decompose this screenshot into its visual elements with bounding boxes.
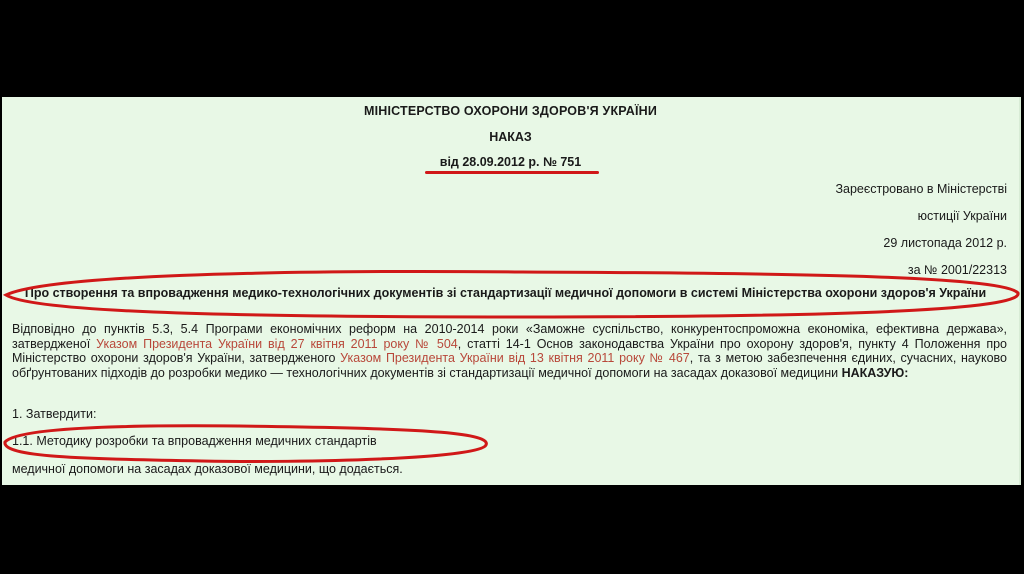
item-1: 1. Затвердити: [12, 407, 96, 421]
order-subject: Про створення та впровадження медико-тех… [2, 287, 1019, 299]
slide: МІНІСТЕРСТВО ОХОРОНИ ЗДОРОВ'Я УКРАЇНИ НА… [0, 0, 1024, 574]
order-date: від 28.09.2012 р. № 751 [2, 155, 1019, 169]
preamble-paragraph: Відповідно до пунктів 5.3, 5.4 Програми … [12, 322, 1007, 380]
red-underline-annotation [425, 171, 599, 174]
registration-date: 29 листопада 2012 р. [883, 236, 1007, 250]
decree-link-467[interactable]: Указом Президента України від 13 квітня … [340, 351, 690, 365]
item-1-1-continuation: медичної допомоги на засадах доказової м… [12, 462, 403, 476]
registration-line-2: юстиції України [918, 209, 1007, 223]
decree-link-504[interactable]: Указом Президента України від 27 квітня … [96, 337, 458, 351]
item-1-1: 1.1. Методику розробки та впровадження м… [12, 434, 377, 448]
order-title: НАКАЗ [2, 130, 1019, 144]
registration-line-1: Зареєстровано в Міністерстві [835, 182, 1007, 196]
ministry-heading: МІНІСТЕРСТВО ОХОРОНИ ЗДОРОВ'Я УКРАЇНИ [2, 104, 1019, 118]
registration-number: за № 2001/22313 [908, 263, 1007, 277]
document-panel: МІНІСТЕРСТВО ОХОРОНИ ЗДОРОВ'Я УКРАЇНИ НА… [2, 97, 1021, 485]
order-word: НАКАЗУЮ: [842, 366, 909, 380]
